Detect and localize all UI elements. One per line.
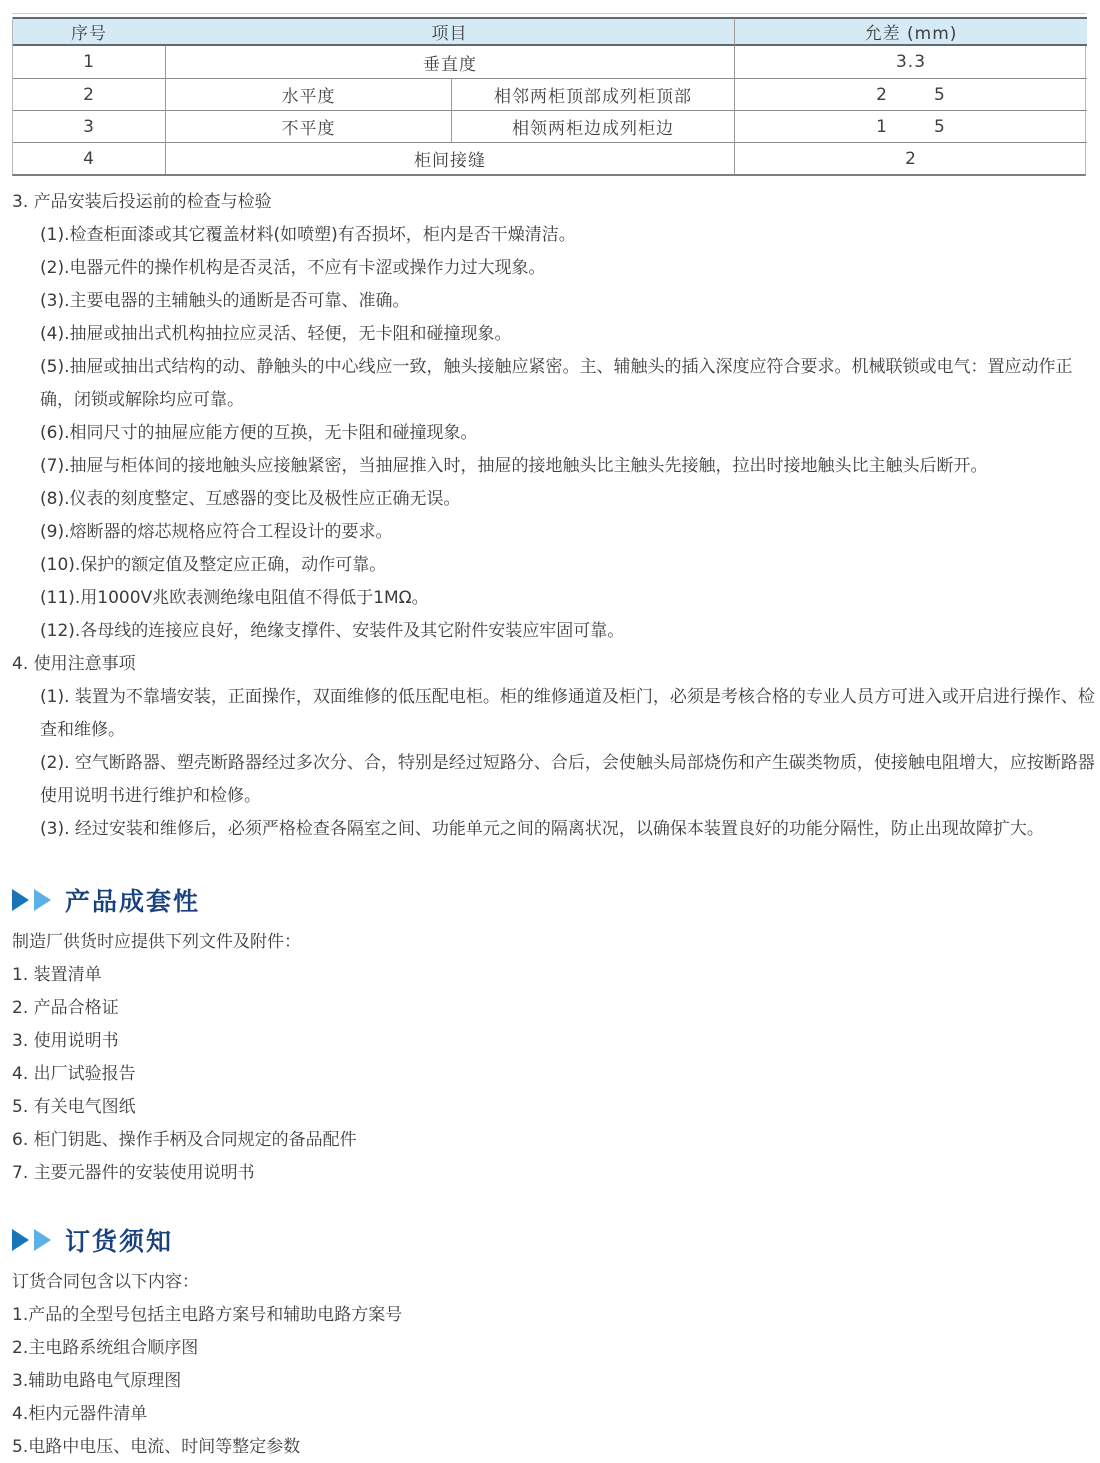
list-item: 2. 产品合格证 [12, 992, 1088, 1025]
inspection-section: 3. 产品安装后投运前的检查与检验 (1).检查柜面漆或其它覆盖材料(如喷塑)有… [12, 186, 1088, 846]
table-cell-tolerance: 2 [734, 142, 1087, 174]
arrow-right-icon [12, 1229, 29, 1251]
completeness-list: 制造厂供货时应提供下列文件及附件： 1. 装置清单 2. 产品合格证 3. 使用… [12, 926, 1088, 1190]
section3-item: (9).熔断器的熔芯规格应符合工程设计的要求。 [40, 516, 1100, 549]
table-cell-no: 4 [13, 142, 165, 174]
section-heading-completeness: 产品成套性 [12, 882, 1088, 918]
section3-item: (2).电器元件的操作机构是否灵活，不应有卡涩或操作力过大现象。 [40, 252, 1100, 285]
section3-item: (12).各母线的连接应良好，绝缘支撑件、安装件及其它附件安装应牢固可靠。 [40, 615, 1100, 648]
table-cell-detail: 相邻两柜顶部成列柜顶部 [451, 78, 734, 110]
arrow-right-icon [34, 889, 51, 911]
table-cell-no: 2 [13, 78, 165, 110]
table-cell-item: 垂直度 [165, 46, 734, 78]
list-item: 1. 装置清单 [12, 959, 1088, 992]
section3-item: (7).抽屉与柜体间的接地触头应接触紧密，当抽屉推入时，抽屉的接地触头比主触头先… [40, 450, 1100, 483]
section3-title: 3. 产品安装后投运前的检查与检验 [12, 186, 1088, 219]
table-cell-tolerance: 3.3 [734, 46, 1087, 78]
completeness-intro: 制造厂供货时应提供下列文件及附件： [12, 926, 1088, 959]
section4-item: (3). 经过安装和维修后，必须严格检查各隔室之间、功能单元之间的隔离状况，以确… [40, 813, 1100, 846]
table-cell-tolerance: 1 5 [734, 110, 1087, 142]
heading-text: 产品成套性 [65, 882, 200, 918]
list-item: 7. 主要元器件的安装使用说明书 [12, 1157, 1088, 1190]
section3-item: (3).主要电器的主辅触头的通断是否可靠、准确。 [40, 285, 1100, 318]
tolerance-value-a: 2 [876, 85, 888, 105]
table-cell-item: 柜间接缝 [165, 142, 734, 174]
tolerance-value-b: 5 [934, 117, 946, 137]
table-cell-item: 不平度 [165, 110, 451, 142]
double-arrow-icon [12, 889, 51, 911]
list-item: 1.产品的全型号包括主电路方案号和辅助电路方案号 [12, 1299, 1088, 1332]
tolerance-value-b: 5 [934, 85, 946, 105]
table-header-no: 序号 [13, 17, 165, 46]
section-heading-ordering: 订货须知 [12, 1222, 1088, 1258]
section3-item: (5).抽屉或抽出式结构的动、静触头的中心线应一致，触头接触应紧密。主、辅触头的… [40, 351, 1100, 417]
table-cell-no: 3 [13, 110, 165, 142]
heading-text: 订货须知 [65, 1222, 173, 1258]
section4-title: 4. 使用注意事项 [12, 648, 1088, 681]
table-cell-item: 水平度 [165, 78, 451, 110]
tolerance-table-grid: 序号 项目 允差 (mm) 1 垂直度 3.3 2 水平度 相邻两柜顶部成列柜顶… [12, 17, 1086, 176]
section4-item: (1). 装置为不靠墙安装，正面操作，双面维修的低压配电柜。柜的维修通道及柜门，… [40, 681, 1100, 747]
table-cell-no: 1 [13, 46, 165, 78]
section3-item: (6).相同尺寸的抽屉应能方便的互换，无卡阻和碰撞现象。 [40, 417, 1100, 450]
list-item: 5.电路中电压、电流、时间等整定参数 [12, 1431, 1088, 1463]
arrow-right-icon [34, 1229, 51, 1251]
arrow-right-icon [12, 889, 29, 911]
list-item: 6. 柜门钥匙、操作手柄及合同规定的备品配件 [12, 1124, 1088, 1157]
section4-item: (2). 空气断路器、塑壳断路器经过多次分、合，特别是经过短路分、合后，会使触头… [40, 747, 1100, 813]
table-cell-tolerance: 2 5 [734, 78, 1087, 110]
list-item: 5. 有关电气图纸 [12, 1091, 1088, 1124]
section3-item: (8).仪表的刻度整定、互感器的变比及极性应正确无误。 [40, 483, 1100, 516]
section3-item: (1).检查柜面漆或其它覆盖材料(如喷塑)有否损坏，柜内是否干燥清洁。 [40, 219, 1100, 252]
list-item: 3.辅助电路电气原理图 [12, 1365, 1088, 1398]
section3-item: (4).抽屉或抽出式机构抽拉应灵活、轻便，无卡阻和碰撞现象。 [40, 318, 1100, 351]
ordering-list: 订货合同包含以下内容： 1.产品的全型号包括主电路方案号和辅助电路方案号 2.主… [12, 1266, 1088, 1463]
list-item: 3. 使用说明书 [12, 1025, 1088, 1058]
section3-item: (11).用1000V兆欧表测绝缘电阻值不得低于1MΩ。 [40, 582, 1100, 615]
list-item: 4.柜内元器件清单 [12, 1398, 1088, 1431]
table-cell-detail: 相领两柜边成列柜边 [451, 110, 734, 142]
list-item: 4. 出厂试验报告 [12, 1058, 1088, 1091]
document-page: 序号 项目 允差 (mm) 1 垂直度 3.3 2 水平度 相邻两柜顶部成列柜顶… [0, 0, 1100, 1463]
tolerance-value-a: 1 [876, 117, 888, 137]
double-arrow-icon [12, 1229, 51, 1251]
list-item: 2.主电路系统组合顺序图 [12, 1332, 1088, 1365]
table-header-item: 项目 [165, 17, 734, 46]
section3-item: (10).保护的额定值及整定应正确，动作可靠。 [40, 549, 1100, 582]
table-header-tolerance: 允差 (mm) [734, 17, 1087, 46]
ordering-intro: 订货合同包含以下内容： [12, 1266, 1088, 1299]
tolerance-table: 序号 项目 允差 (mm) 1 垂直度 3.3 2 水平度 相邻两柜顶部成列柜顶… [12, 13, 1086, 176]
